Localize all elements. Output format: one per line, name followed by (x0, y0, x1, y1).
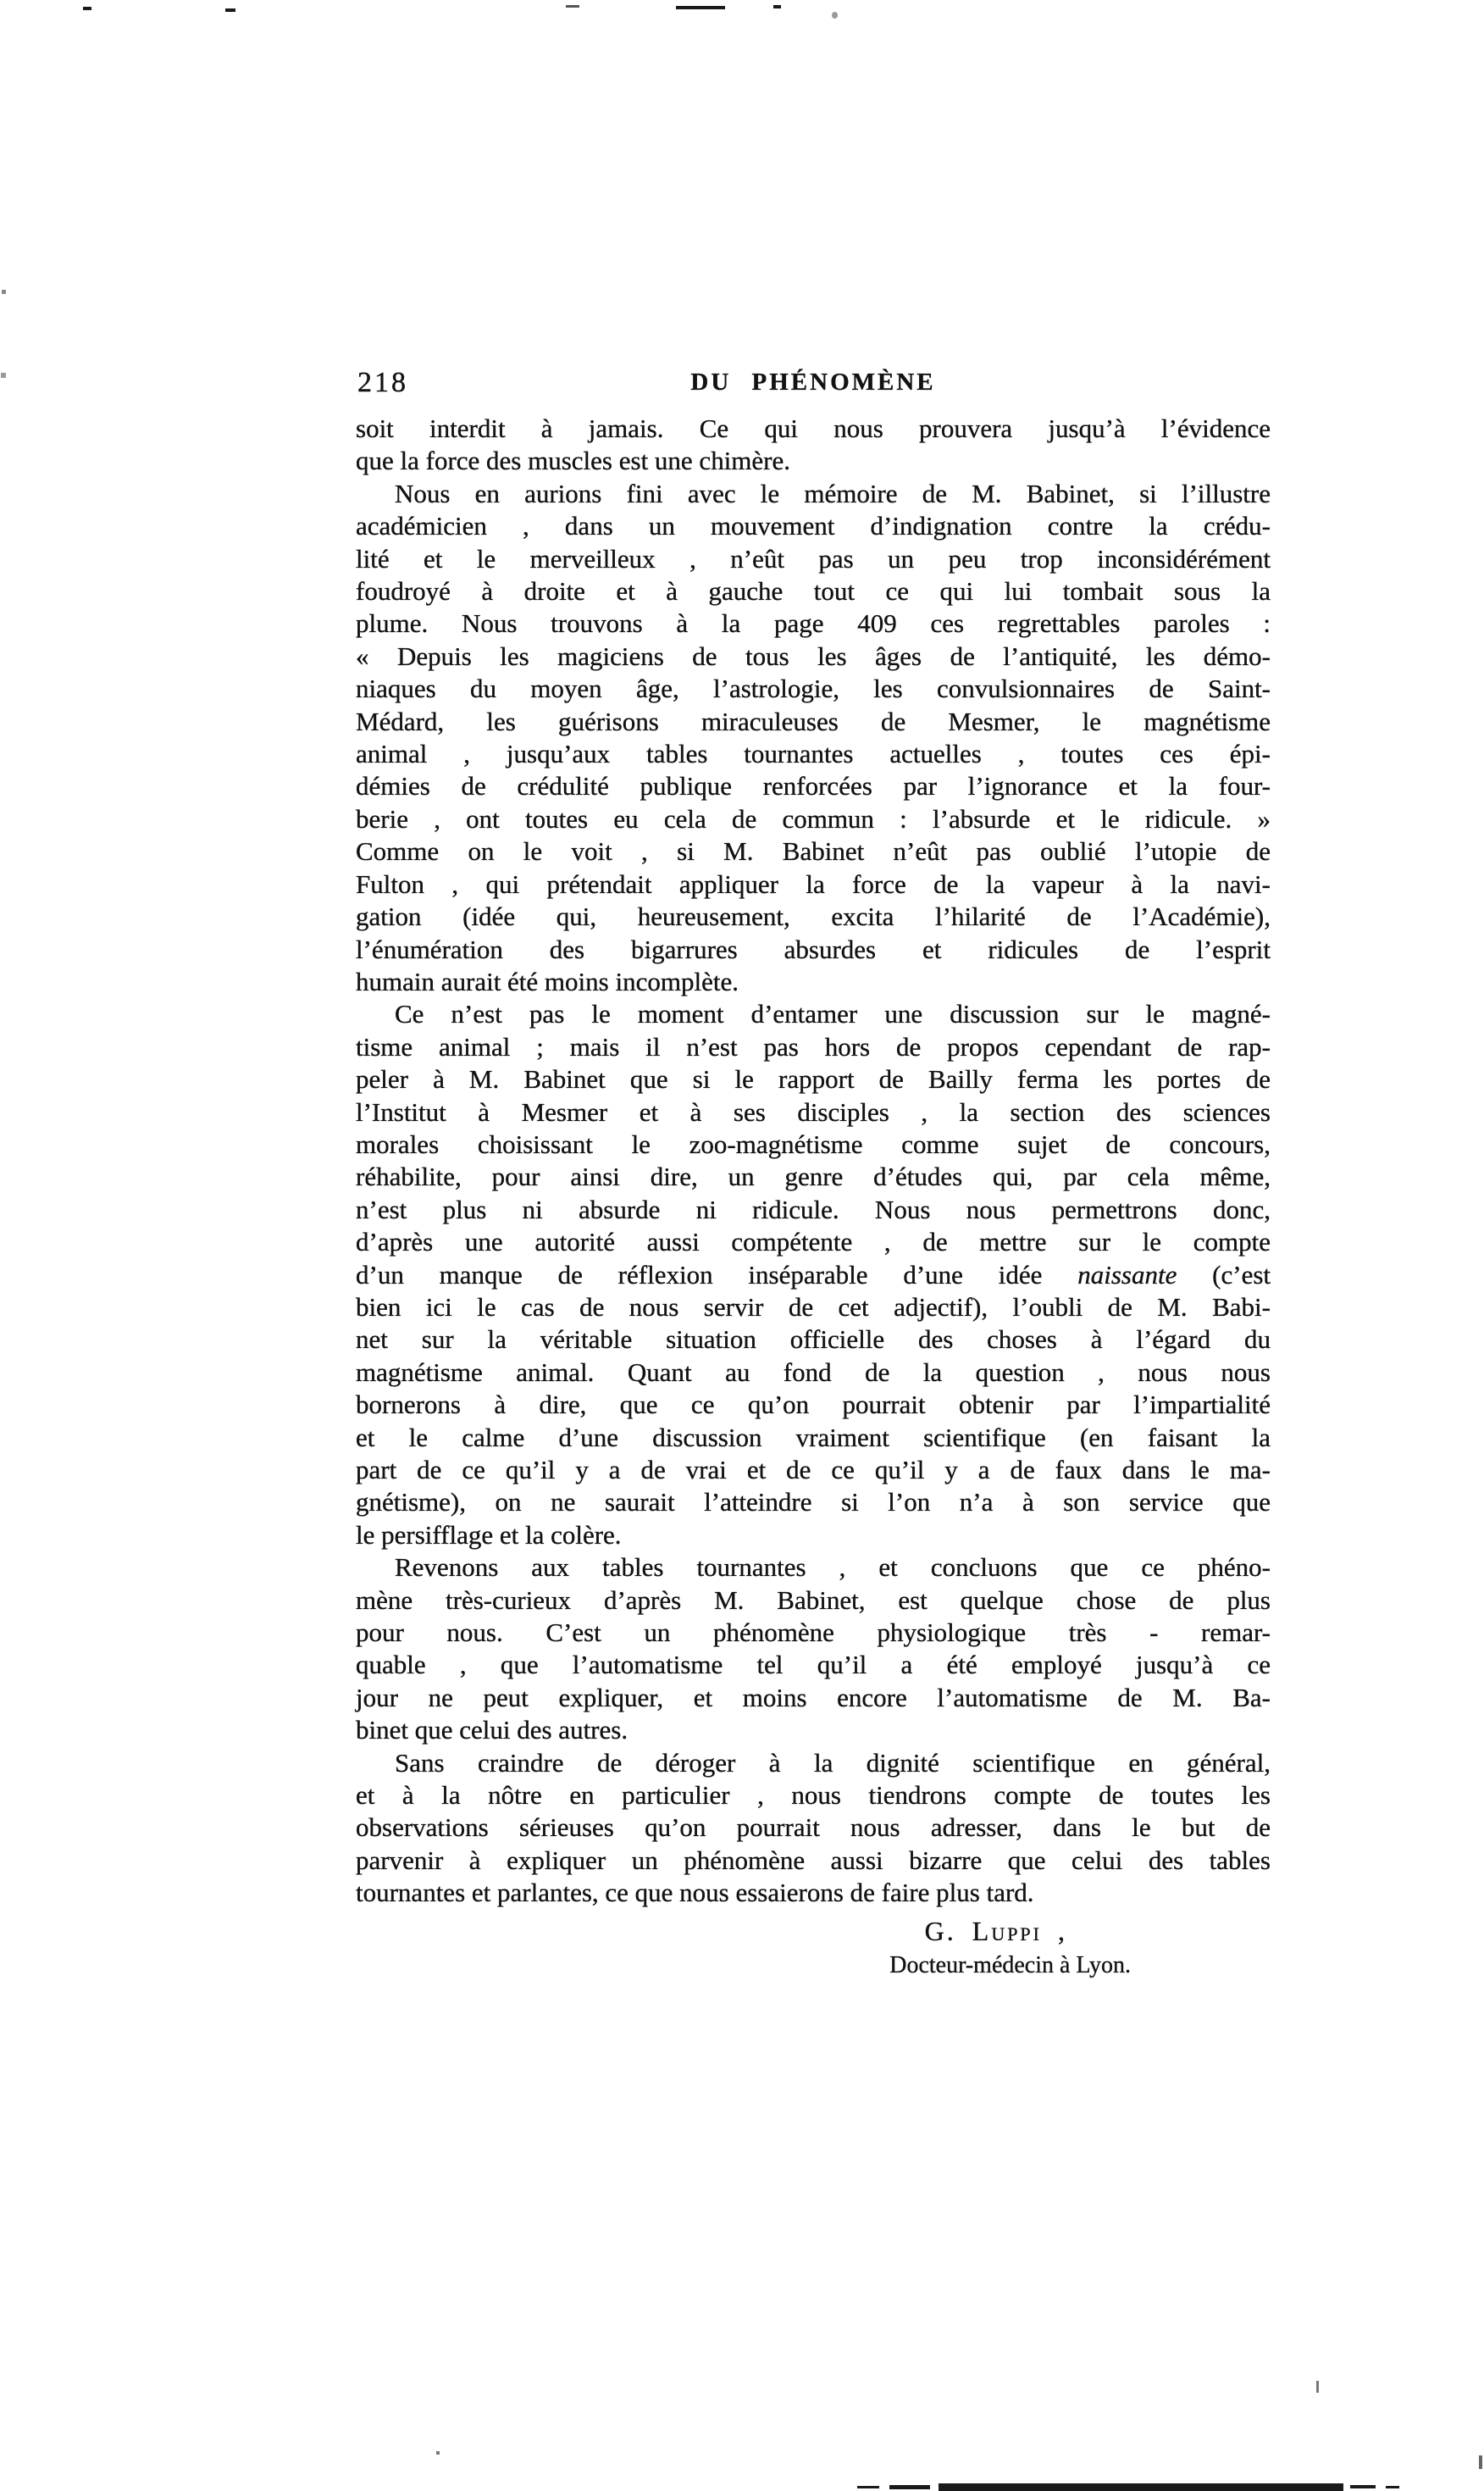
signature-title: Docteur-médecin à Lyon. (356, 1950, 1271, 1982)
text-line: que la force des muscles est une chimère… (356, 445, 1271, 477)
text-line: l’Institut à Mesmer et à ses disciples ,… (356, 1096, 1271, 1129)
text-line: parvenir à expliquer un phénomène aussi … (356, 1845, 1271, 1877)
text-line: berie , ont toutes eu cela de commun : l… (356, 803, 1271, 835)
text-segment: (c’est (1177, 1260, 1271, 1290)
text-line: Revenons aux tables tournantes , et conc… (356, 1551, 1271, 1584)
text-line: binet que celui des autres. (356, 1714, 1271, 1746)
scanned-book-page: 218 DU PHÉNOMÈNE soit interdit à jamais.… (0, 0, 1484, 2491)
text-line: l’énumération des bigarrures absurdes et… (356, 934, 1271, 966)
text-line: le persifflage et la colère. (356, 1519, 1271, 1551)
text-line: tournantes et parlantes, ce que nous ess… (356, 1877, 1271, 1909)
text-line: niaques du moyen âge, l’astrologie, les … (356, 673, 1271, 705)
scan-bar (939, 2483, 1343, 2491)
page-header: 218 DU PHÉNOMÈNE (356, 364, 1271, 405)
text-segment: d’un manque de réflexion inséparable d’u… (356, 1260, 1077, 1290)
scan-bar (1350, 2485, 1376, 2488)
scan-speck (225, 8, 235, 12)
text-line: observations sérieuses qu’on pourrait no… (356, 1811, 1271, 1844)
scan-speck (2, 290, 6, 294)
text-line: morales choisissant le zoo-magnétisme co… (356, 1129, 1271, 1161)
text-line: pour nous. C’est un phénomène physiologi… (356, 1617, 1271, 1649)
scan-bar (889, 2485, 930, 2489)
text-line: peler à M. Babinet que si le rapport de … (356, 1063, 1271, 1096)
scan-speck (773, 5, 781, 8)
text-line: net sur la véritable situation officiell… (356, 1323, 1271, 1356)
text-line: mène très-curieux d’après M. Babinet, es… (356, 1584, 1271, 1617)
scan-speck (1, 373, 6, 378)
running-title: DU PHÉNOMÈNE (356, 364, 1271, 397)
text-line: Nous en aurions fini avec le mémoire de … (356, 478, 1271, 510)
text-line: académicien , dans un mouvement d’indign… (356, 510, 1271, 542)
text-line: quable , que l’automatisme tel qu’il a é… (356, 1649, 1271, 1681)
text-line: Médard, les guérisons miraculeuses de Me… (356, 706, 1271, 738)
scan-speck (676, 6, 725, 9)
text-line: gation (idée qui, heureusement, excita l… (356, 901, 1271, 933)
text-line: animal , jusqu’aux tables tournantes act… (356, 738, 1271, 770)
text-line: jour ne peut expliquer, et moins encore … (356, 1682, 1271, 1714)
italic-word: naissante (1077, 1260, 1177, 1290)
text-line: Ce n’est pas le moment d’entamer une dis… (356, 998, 1271, 1030)
text-line: plume. Nous trouvons à la page 409 ces r… (356, 607, 1271, 640)
scan-bar (1386, 2486, 1399, 2488)
scan-speck (436, 2451, 440, 2455)
text-line: foudroyé à droite et à gauche tout ce qu… (356, 575, 1271, 607)
text-line: part de ce qu’il y a de vrai et de ce qu… (356, 1454, 1271, 1486)
text-line: et à la nôtre en particulier , nous tien… (356, 1779, 1271, 1811)
scan-speck (1479, 2455, 1482, 2469)
text-line: magnétisme animal. Quant au fond de la q… (356, 1356, 1271, 1389)
scan-speck (83, 7, 91, 10)
text-line: n’est plus ni absurde ni ridicule. Nous … (356, 1194, 1271, 1226)
text-line: tisme animal ; mais il n’est pas hors de… (356, 1031, 1271, 1063)
text-line: Fulton , qui prétendait appliquer la for… (356, 868, 1271, 901)
text-line: démies de crédulité publique renforcées … (356, 770, 1271, 802)
text-line: humain aurait été moins incomplète. (356, 966, 1271, 998)
text-line: bornerons à dire, que ce qu’on pourrait … (356, 1389, 1271, 1421)
text-line: et le calme d’une discussion vraiment sc… (356, 1422, 1271, 1454)
text-line: bien ici le cas de nous servir de cet ad… (356, 1291, 1271, 1323)
text-line: Comme on le voit , si M. Babinet n’eût p… (356, 835, 1271, 868)
signature-block: G. Luppi ,Docteur-médecin à Lyon. (356, 1915, 1271, 1983)
page-number: 218 (357, 367, 408, 399)
text-line: soit interdit à jamais. Ce qui nous prou… (356, 413, 1271, 445)
text-line: réhabilite, pour ainsi dire, un genre d’… (356, 1161, 1271, 1193)
scan-speck (1316, 2381, 1319, 2393)
text-line: d’après une autorité aussi compétente , … (356, 1226, 1271, 1258)
scan-speck (566, 5, 579, 8)
text-line: d’un manque de réflexion inséparable d’u… (356, 1259, 1271, 1291)
scan-speck (832, 12, 838, 19)
body-text: soit interdit à jamais. Ce qui nous prou… (356, 413, 1271, 1983)
text-line: gnétisme), on ne saurait l’atteindre si … (356, 1486, 1271, 1518)
signature-name: G. Luppi , (356, 1915, 1271, 1947)
scan-bar (857, 2486, 879, 2488)
text-line: « Depuis les magiciens de tous les âges … (356, 641, 1271, 673)
text-line: Sans craindre de déroger à la dignité sc… (356, 1747, 1271, 1779)
text-line: lité et le merveilleux , n’eût pas un pe… (356, 543, 1271, 575)
